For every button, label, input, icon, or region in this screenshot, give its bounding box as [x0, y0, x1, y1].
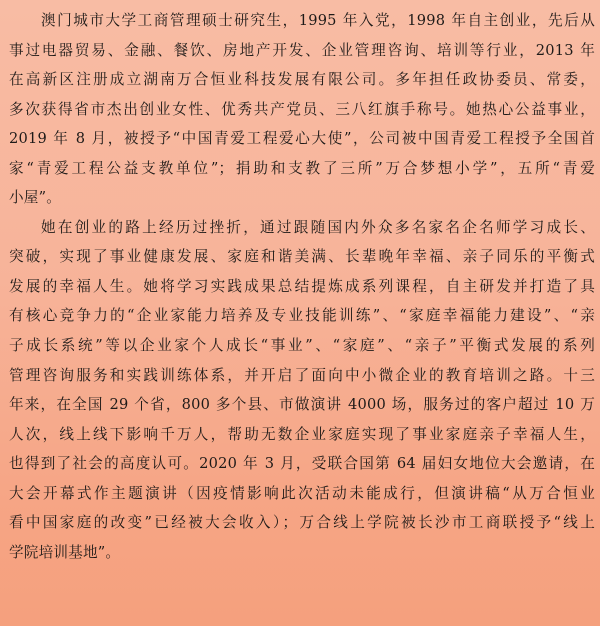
text-line: 突破，实现了事业健康发展、家庭和谐美满、长辈晚年幸福、亲子同乐的平衡式: [9, 242, 595, 272]
text-line: 也得到了社会的高度认可。2020 年 3 月，受联合国第 64 届妇女地位大会邀…: [9, 449, 595, 479]
text-line: 大会开幕式作主题演讲（因疫情影响此次活动未能成行，但演讲稿“从万合恒业: [9, 479, 595, 509]
text-line: 人次，线上线下影响千万人，帮助无数企业家庭实现了事业家庭亲子幸福人生，: [9, 420, 595, 450]
text-line: 澳门城市大学工商管理硕士研究生，1995 年入党，1998 年自主创业，先后从: [9, 6, 595, 36]
paragraph-2: 她在创业的路上经历过挫折，通过跟随国内外众多名家名企名师学习成长、 突破，实现了…: [9, 213, 595, 568]
text-line: 有核心竞争力的“企业家能力培养及专业技能训练”、“家庭幸福能力建设”、“亲: [9, 301, 595, 331]
text-line: 发展的幸福人生。她将学习实践成果总结提炼成系列课程，自主研发并打造了具: [9, 272, 595, 302]
text-line: 管理咨询服务和实践训练体系，并开启了面向中小微企业的教育培训之路。十三: [9, 361, 595, 391]
text-line: 子成长系统”等以企业家个人成长“事业”、“家庭”、“亲子”平衡式发展的系列: [9, 331, 595, 361]
text-line: 小屋”。: [9, 183, 595, 213]
text-line: 年来，在全国 29 个省，800 多个县、市做演讲 4000 场，服务过的客户超…: [9, 390, 595, 420]
paragraph-1: 澳门城市大学工商管理硕士研究生，1995 年入党，1998 年自主创业，先后从 …: [9, 6, 595, 213]
text-line: 在高新区注册成立湖南万合恒业科技发展有限公司。多年担任政协委员、常委，: [9, 65, 595, 95]
text-line: 家“青爱工程公益支教单位”；捐助和支教了三所”万合梦想小学”，五所“青爱: [9, 154, 595, 184]
text-line: 看中国家庭的改变”已经被大会收入）；万合线上学院被长沙市工商联授予“线上: [9, 508, 595, 538]
text-line: 学院培训基地”。: [9, 538, 595, 568]
text-line: 事过电器贸易、金融、餐饮、房地产开发、企业管理咨询、培训等行业，2013 年: [9, 36, 595, 66]
text-line: 她在创业的路上经历过挫折，通过跟随国内外众多名家名企名师学习成长、: [9, 213, 595, 243]
text-line: 2019 年 8 月，被授予“中国青爱工程爱心大使”，公司被中国青爱工程授予全国…: [9, 124, 595, 154]
text-line: 多次获得省市杰出创业女性、优秀共产党员、三八红旗手称号。她热心公益事业，: [9, 95, 595, 125]
document-body: 澳门城市大学工商管理硕士研究生，1995 年入党，1998 年自主创业，先后从 …: [9, 6, 595, 567]
